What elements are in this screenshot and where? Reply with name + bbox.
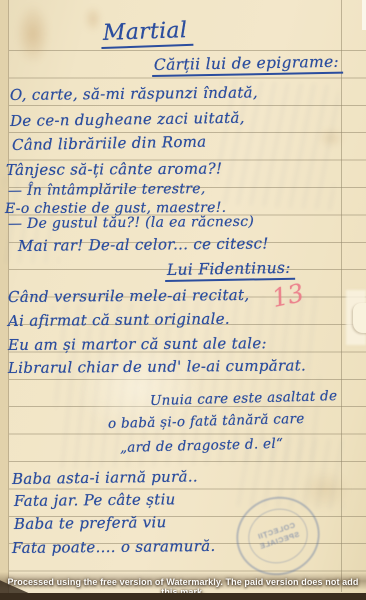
right-margin-line: [341, 0, 342, 592]
manuscript-line: — De gustul tău?! (la ea răcnesc): [8, 214, 254, 232]
manuscript-title: Martial: [101, 18, 194, 49]
red-page-number: 13: [269, 278, 306, 313]
manuscript-line: O, carte, să-mi răspunzi îndată,: [10, 83, 258, 104]
annotation-line: „ard de dragoste d. el“: [120, 436, 284, 456]
manuscript-line: Baba te preferă viu: [14, 513, 167, 533]
manuscript-line: Tânjesc să-ți cânte aroma?!: [6, 159, 222, 179]
section-heading-epigrams: Cărții lui de epigrame:: [152, 53, 343, 77]
torn-notch: [353, 303, 366, 333]
manuscript-line: Când librăriile din Roma: [12, 133, 207, 154]
manuscript-line: Eu am și martor că sunt ale tale:: [8, 334, 267, 354]
manuscript-line: Mai rar! De-al celor... ce citesc!: [18, 234, 269, 255]
manuscript-line: Ai afirmat că sunt originale.: [8, 310, 230, 330]
paper-stain: [16, 4, 50, 64]
manuscript-line: Fata poate.... o saramură.: [12, 537, 216, 557]
section-heading-fidentinus: Lui Fidentinus:: [165, 259, 295, 282]
manuscript-line: — În întâmplările terestre,: [8, 181, 206, 199]
paper-stain: [84, 6, 102, 32]
scan-edge-sliver: [362, 0, 366, 30]
manuscript-line: Librarul chiar de und' le-ai cumpărat.: [8, 356, 306, 377]
manuscript-line: Baba asta-i iarnă pură..: [12, 467, 198, 488]
manuscript-scan: Martial Cărții lui de epigrame: O, carte…: [0, 0, 366, 600]
manuscript-line: De ce-n dugheane zaci uitată,: [10, 109, 245, 130]
manuscript-line: Fata jar. Pe câte știu: [14, 490, 176, 510]
paper-stain: [300, 470, 350, 510]
manuscript-line: Când versurile mele-ai recitat,: [8, 286, 250, 306]
library-stamp-inner-ring: COLECȚII SPECIALE: [241, 501, 315, 571]
annotation-line: o babă și-o fată tânără care: [108, 411, 305, 432]
scan-bottom-edge: [0, 593, 366, 600]
annotation-line: Unuia care este asaltat de: [150, 388, 338, 409]
